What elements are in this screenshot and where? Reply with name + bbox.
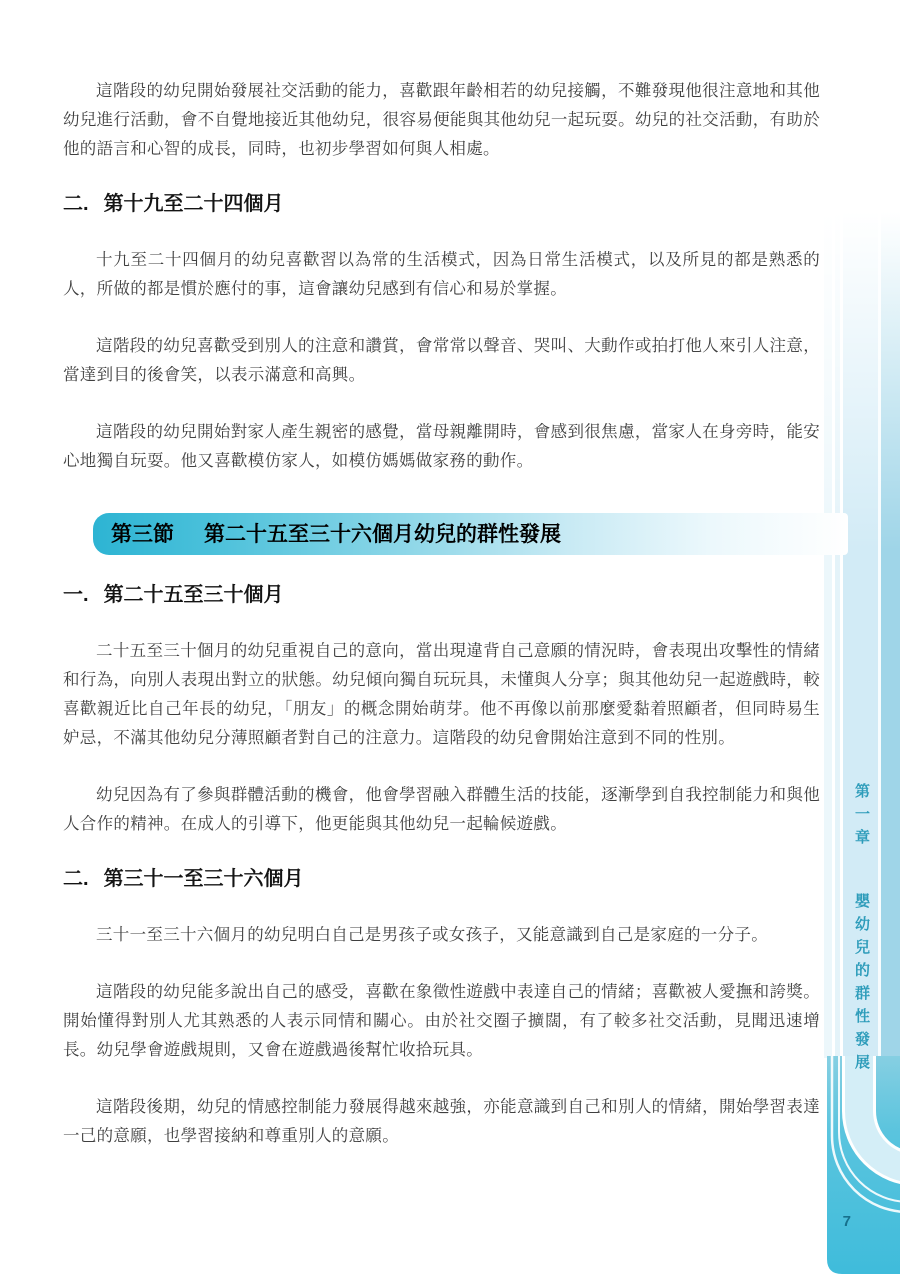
paragraph: 十九至二十四個月的幼兒喜歡習以為常的生活模式，因為日常生活模式，以及所見的都是熟… [63, 246, 820, 304]
chapter-title: 嬰幼兒的群性發展 [853, 893, 870, 1077]
subsection-number: 二. [63, 190, 89, 218]
section-title: 第二十五至三十六個月幼兒的群性發展 [204, 524, 561, 545]
section-banner: 第三節 第二十五至三十六個月幼兒的群性發展 [93, 513, 848, 555]
subsection-title: 第二十五至三十個月 [104, 581, 284, 609]
subsection-heading: 一. 第二十五至三十個月 [63, 581, 820, 609]
corner-decoration [820, 1056, 900, 1274]
subsection-number: 一. [63, 581, 89, 609]
paragraph: 這階段的幼兒開始發展社交活動的能力，喜歡跟年齡相若的幼兒接觸，不難發現他很注意地… [63, 77, 820, 164]
paragraph: 二十五至三十個月的幼兒重視自己的意向，當出現違背自己意願的情況時，會表現出攻擊性… [63, 637, 820, 753]
subsection-title: 第十九至二十四個月 [104, 190, 284, 218]
section-label: 第三節 [111, 524, 174, 545]
document-page: 第一章 嬰幼兒的群性發展 7 這階段的幼兒開始發展社交活動的能力，喜歡跟年齡相若… [0, 0, 900, 1274]
paragraph: 這階段的幼兒能多說出自己的感受，喜歡在象徵性遊戲中表達自己的情緒；喜歡被人愛撫和… [63, 978, 820, 1065]
subsection-title: 第三十一至三十六個月 [104, 865, 304, 893]
paragraph: 幼兒因為有了參與群體活動的機會，他會學習融入群體生活的技能，逐漸學到自我控制能力… [63, 781, 820, 839]
subsection-number: 二. [63, 865, 89, 893]
page-number: 7 [843, 1213, 851, 1230]
paragraph: 三十一至三十六個月的幼兒明白自己是男孩子或女孩子，又能意識到自己是家庭的一分子。 [63, 921, 820, 950]
chapter-tab: 第一章 嬰幼兒的群性發展 [854, 783, 869, 1077]
paragraph: 這階段後期，幼兒的情感控制能力發展得越來越強，亦能意識到自己和別人的情緒，開始學… [63, 1093, 820, 1151]
paragraph: 這階段的幼兒開始對家人產生親密的感覺，當母親離開時，會感到很焦慮，當家人在身旁時… [63, 418, 820, 476]
subsection-heading: 二. 第十九至二十四個月 [63, 190, 820, 218]
paragraph: 這階段的幼兒喜歡受到別人的注意和讚賞，會常常以聲音、哭叫、大動作或拍打他人來引人… [63, 332, 820, 390]
chapter-number: 第一章 [853, 783, 870, 852]
main-content: 這階段的幼兒開始發展社交活動的能力，喜歡跟年齡相若的幼兒接觸，不難發現他很注意地… [63, 0, 820, 1151]
subsection-heading: 二. 第三十一至三十六個月 [63, 865, 820, 893]
